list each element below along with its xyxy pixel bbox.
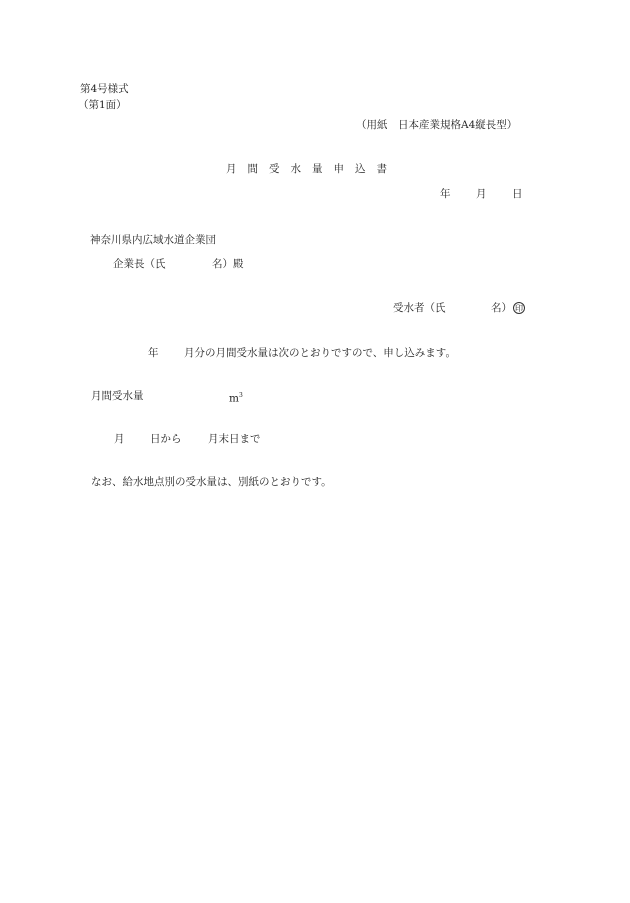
addressee-name-suffix: 名）殿 bbox=[212, 257, 244, 271]
seal-mark-icon: 印 bbox=[513, 302, 525, 314]
page-indicator: （第1面） bbox=[78, 98, 127, 112]
period-from-label: 日から bbox=[150, 432, 182, 446]
document-page: 第4号様式 （第1面） （用紙 日本産業規格A4縦長型） 月間受水量申込書 年 … bbox=[0, 0, 630, 903]
form-number: 第4号様式 bbox=[80, 82, 129, 96]
addressee-organization: 神奈川県内広域水道企業団 bbox=[90, 233, 216, 247]
document-title: 月間受水量申込書 bbox=[226, 162, 398, 176]
applicant-prefix: 受水者（氏 bbox=[393, 301, 446, 315]
volume-unit: m3 bbox=[229, 389, 243, 406]
volume-unit-superscript: 3 bbox=[239, 392, 243, 399]
applicant-suffix-text: 名） bbox=[491, 302, 512, 314]
paper-size-note: （用紙 日本産業規格A4縦長型） bbox=[356, 118, 517, 132]
date-month-label: 月 bbox=[476, 187, 487, 201]
applicant-suffix: 名）印 bbox=[491, 301, 525, 315]
attachment-note: なお、給水地点別の受水量は、別紙のとおりです。 bbox=[91, 475, 332, 489]
period-to-label: 月末日まで bbox=[208, 432, 261, 446]
volume-label: 月間受水量 bbox=[91, 389, 144, 403]
date-day-label: 日 bbox=[512, 187, 523, 201]
addressee-title-prefix: 企業長（氏 bbox=[113, 257, 166, 271]
volume-unit-base: m bbox=[229, 393, 239, 405]
period-month-label: 月 bbox=[114, 432, 125, 446]
statement-year-label: 年 bbox=[148, 346, 159, 360]
date-year-label: 年 bbox=[440, 187, 451, 201]
statement-text: 月分の月間受水量は次のとおりですので、申し込みます。 bbox=[184, 346, 456, 360]
